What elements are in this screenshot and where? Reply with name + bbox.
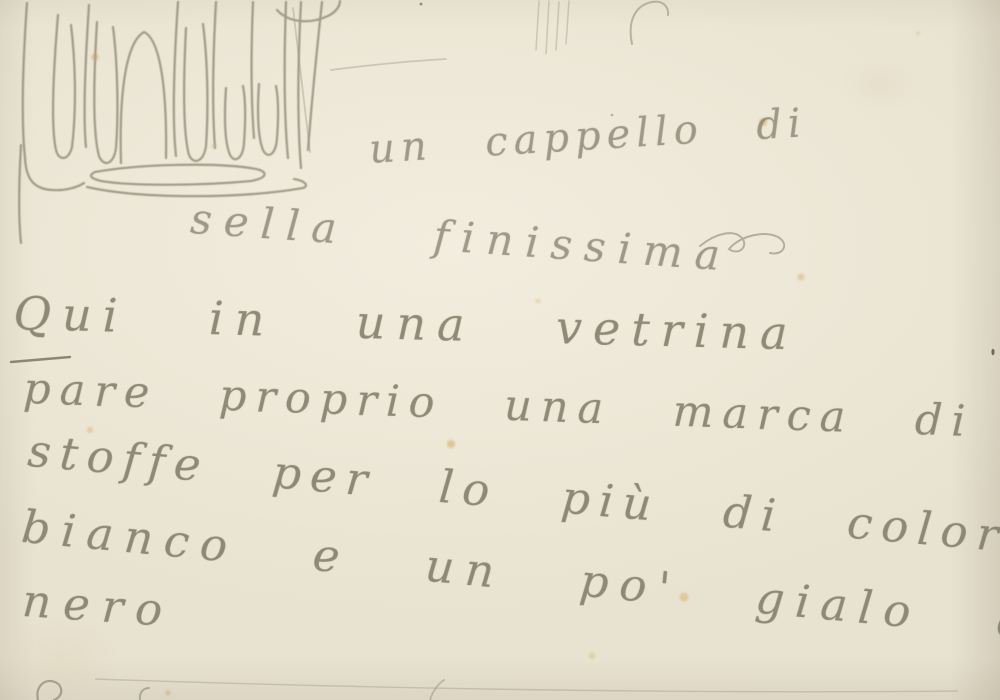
qui-underline [11, 357, 70, 362]
top-edge-marks [536, 1, 668, 54]
manuscript-page: un cappello di sella finissima Qui in un… [0, 0, 1000, 700]
handwriting-line-nero: nero [21, 578, 176, 634]
bottom-ruled-line [95, 679, 958, 692]
